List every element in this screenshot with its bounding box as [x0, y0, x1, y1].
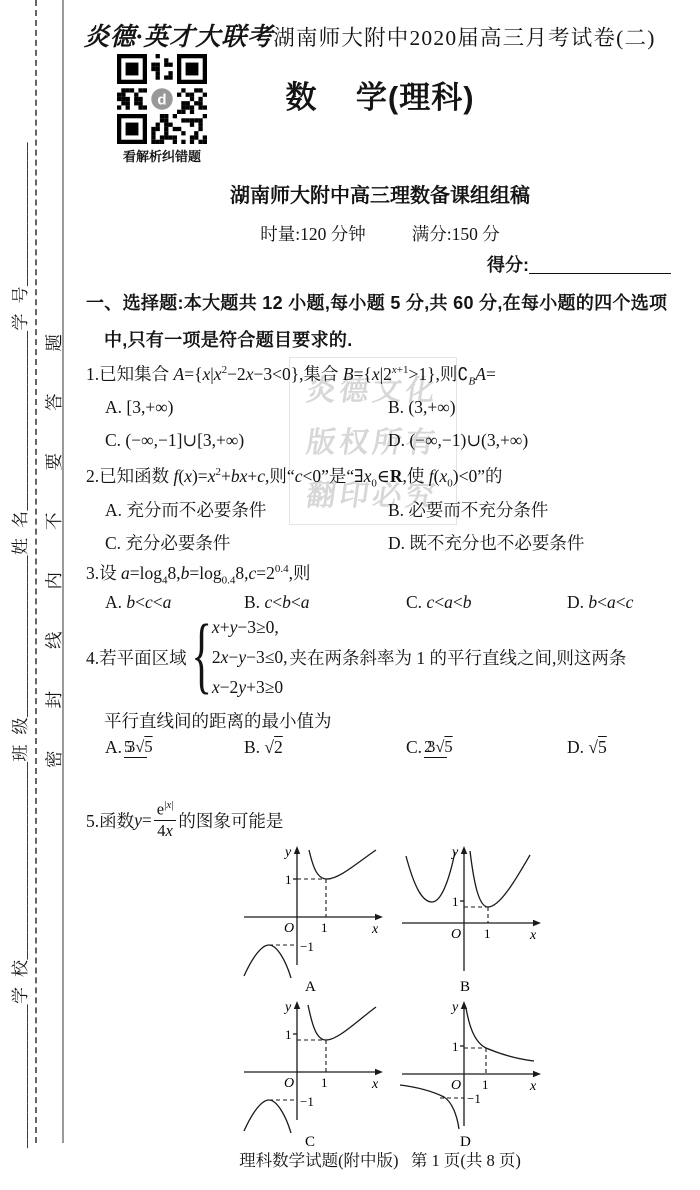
y-axis-label: y	[283, 1000, 292, 1015]
section-title-line-1: 一、选择题:本大题共 12 小题,每小题 5 分,共 60 分,在每小题的四个选…	[86, 289, 667, 315]
curve-right	[309, 850, 376, 879]
question-4-line-2: 平行直线间的距离的最小值为	[104, 708, 332, 733]
binding-solid-line	[62, 0, 64, 1143]
graph-option-b: y x O 1 1 B	[394, 843, 550, 993]
score-field: 得分:	[487, 251, 671, 277]
y-axis-arrow	[294, 1001, 300, 1009]
y-tick-1: 1	[452, 1039, 459, 1054]
graph-a-plot: y x O 1 1 −1 A	[236, 843, 392, 993]
y-axis-label: y	[283, 845, 292, 860]
option-1d: D. (−∞,−1)∪(3,+∞)	[388, 430, 528, 451]
inequality-3: x−2y+3≥0	[212, 672, 288, 702]
option-2c: C. 充分必要条件	[105, 530, 230, 555]
seal-dashed-line	[35, 0, 37, 1143]
exam-header: 炎德·英才大联考湖南师大附中2020届高三月考试卷(二)	[84, 17, 656, 53]
y-tick-neg1: −1	[300, 939, 314, 954]
page-footer: 理科数学试题(附中版) 第 1 页(共 8 页)	[80, 1147, 680, 1171]
graph-option-d: y x O 1 1 −1 D	[394, 998, 550, 1148]
x-axis-label: x	[371, 1077, 379, 1092]
seal-notice-text: 密封线内不要答题	[41, 298, 63, 768]
origin-label: O	[451, 927, 461, 942]
y-tick-neg1: −1	[467, 1091, 481, 1106]
curve-left	[406, 852, 455, 902]
graph-letter: C	[305, 1134, 315, 1148]
graph-letter: D	[460, 1134, 471, 1148]
qr-caption: 看解析纠错题	[105, 146, 219, 165]
origin-label: O	[284, 1076, 294, 1091]
student-info-fields: ________________学 校_____________________…	[6, 103, 28, 1148]
x-axis-arrow	[375, 1069, 383, 1075]
x-axis-arrow	[375, 914, 383, 920]
x-tick-1: 1	[321, 920, 328, 935]
full-score-label: 满分:150 分	[412, 224, 500, 244]
graph-option-a: y x O 1 1 −1 A	[236, 843, 392, 993]
y-axis-label: y	[450, 1000, 459, 1015]
system-brace: {	[191, 611, 212, 697]
y-axis-arrow	[461, 846, 467, 854]
question-1-stem: 1.已知集合 A={x|x2−2x−3<0},集合 B={x|2x+1>1},则…	[86, 361, 496, 388]
x-axis-label: x	[371, 922, 379, 937]
graph-c-plot: y x O 1 1 −1 C	[236, 998, 392, 1148]
graph-b-plot: y x O 1 1 B	[394, 843, 550, 993]
y-tick-1: 1	[285, 1027, 292, 1042]
origin-label: O	[284, 921, 294, 936]
graph-option-c: y x O 1 1 −1 C	[236, 998, 392, 1148]
question-3-stem: 3.设 a=log48,b=log0.48,c=20.4,则	[86, 560, 311, 587]
y-axis-arrow	[461, 1001, 467, 1009]
option-1b: B. (3,+∞)	[388, 397, 456, 418]
x-axis-label: x	[529, 1079, 537, 1094]
curve-right	[466, 1008, 534, 1061]
duration-label: 时量:120 分钟	[260, 224, 366, 244]
option-4c: C. 3√52	[406, 737, 422, 758]
byline: 湖南师大附中高三理数备课组组稿	[80, 179, 680, 208]
x-axis-label: x	[529, 928, 537, 943]
qr-code: d	[117, 54, 207, 144]
timing-line: 时量:120 分钟满分:150 分	[80, 221, 680, 246]
graph-d-plot: y x O 1 1 −1 D	[394, 998, 550, 1148]
subject-title: 数 学(理科)	[215, 72, 545, 117]
score-blank-line	[529, 255, 671, 274]
graph-letter: B	[460, 979, 470, 993]
q4-prefix: 4.若平面区域	[86, 645, 187, 670]
option-4a: A. 3√55	[105, 737, 122, 758]
option-4b: B. √2	[244, 737, 274, 758]
x-tick-1: 1	[482, 1077, 489, 1092]
section-title-line-2: 中,只有一项是符合题目要求的.	[104, 326, 353, 352]
exam-series-title: 炎德·英才大联考	[84, 24, 273, 51]
option-1a: A. [3,+∞)	[105, 397, 174, 418]
option-2b: B. 必要而不充分条件	[388, 497, 548, 522]
option-1c: C. (−∞,−1]∪[3,+∞)	[105, 430, 244, 451]
exam-title: 湖南师大附中2020届高三月考试卷(二)	[273, 26, 655, 50]
score-label: 得分:	[487, 255, 529, 275]
x-tick-1: 1	[321, 1075, 328, 1090]
curve-left	[244, 1100, 291, 1133]
curve-right	[308, 1005, 376, 1040]
question-5-stem: 5.函数 y=e|x|4x的图象可能是	[86, 795, 283, 845]
y-axis-arrow	[294, 846, 300, 854]
option-2d: D. 既不充分也不必要条件	[388, 530, 584, 555]
curve-left	[244, 945, 291, 978]
inequality-1: x+y−3≥0,	[212, 612, 288, 642]
x-axis-arrow	[533, 1071, 541, 1077]
question-4-stem: 4.若平面区域 { x+y−3≥0, 2x−y−3≤0, x−2y+3≥0 夹在…	[86, 608, 626, 706]
y-tick-1: 1	[452, 894, 459, 909]
y-tick-1: 1	[285, 872, 292, 887]
option-2a: A. 充分而不必要条件	[105, 497, 266, 522]
inequality-2: 2x−y−3≤0,	[212, 642, 288, 672]
curve-right	[470, 851, 530, 907]
qr-logo-letter: d	[157, 91, 166, 108]
y-axis-label: y	[450, 845, 459, 860]
graph-letter: A	[305, 979, 316, 993]
y-tick-neg1: −1	[300, 1094, 314, 1109]
origin-label: O	[451, 1078, 461, 1093]
question-2-stem: 2.已知函数 f(x)=x2+bx+c,则“c<0”是“∃x0∈R,使 f(x0…	[86, 463, 502, 490]
qr-code-image: d	[117, 54, 207, 144]
inequality-system: x+y−3≥0, 2x−y−3≤0, x−2y+3≥0	[212, 612, 288, 702]
dashed-guides	[464, 907, 488, 923]
exam-paper-page: ________________学 校_____________________…	[0, 0, 700, 1190]
option-4d: D. √5	[567, 737, 598, 758]
x-axis-arrow	[533, 920, 541, 926]
x-tick-1: 1	[484, 926, 491, 941]
q4-suffix: 夹在两条斜率为 1 的平行直线之间,则这两条	[289, 645, 626, 670]
